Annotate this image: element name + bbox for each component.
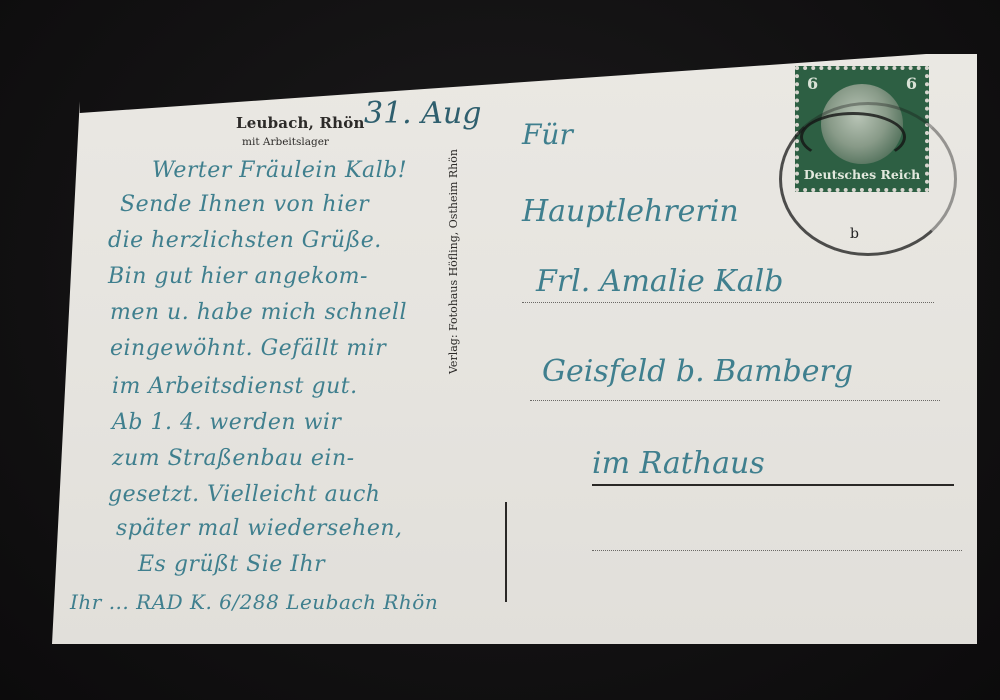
message-line: später mal wiedersehen, bbox=[116, 516, 403, 541]
message-line: die herzlichsten Grüße. bbox=[108, 228, 382, 253]
address-dotted-line bbox=[530, 400, 940, 401]
address-dotted-line bbox=[592, 550, 962, 551]
address-line: im Rathaus bbox=[592, 446, 765, 481]
message-line: Sende Ihnen von hier bbox=[120, 192, 369, 217]
address-line: Frl. Amalie Kalb bbox=[536, 264, 783, 299]
message-line: men u. habe mich schnell bbox=[110, 300, 407, 325]
address-line: Hauptlehrerin bbox=[522, 194, 739, 229]
printed-title: Leubach, Rhön bbox=[236, 114, 365, 132]
message-line: zum Straßenbau ein- bbox=[112, 446, 355, 471]
message-line: Ab 1. 4. werden wir bbox=[112, 410, 341, 435]
postcard: Leubach, Rhön mit Arbeitslager Verlag: F… bbox=[52, 54, 977, 644]
message-line: Werter Fräulein Kalb! bbox=[152, 158, 407, 183]
message-line: eingewöhnt. Gefällt mir bbox=[110, 336, 386, 361]
printed-subtitle: mit Arbeitslager bbox=[242, 136, 329, 148]
postmark-code: b bbox=[850, 226, 859, 242]
message-line: Bin gut hier angekom- bbox=[108, 264, 368, 289]
address-dotted-line bbox=[522, 302, 934, 303]
address-solid-line bbox=[592, 484, 954, 486]
message-line: Es grüßt Sie Ihr bbox=[138, 552, 325, 577]
signature-line: Ihr ... RAD K. 6/288 Leubach Rhön bbox=[70, 590, 438, 614]
address-line: Geisfeld b. Bamberg bbox=[542, 354, 853, 389]
center-divider-line bbox=[505, 502, 507, 602]
handwritten-date: 31. Aug bbox=[364, 96, 481, 131]
publisher-imprint: Verlag: Fotohaus Höfling, Ostheim Rhön bbox=[447, 149, 460, 374]
stamp-value: 6 bbox=[906, 74, 917, 93]
message-line: gesetzt. Vielleicht auch bbox=[108, 482, 380, 507]
postmark-cancel-icon bbox=[800, 112, 906, 162]
message-line: im Arbeitsdienst gut. bbox=[112, 374, 358, 399]
address-prefix: Für bbox=[522, 118, 573, 151]
stamp-value: 6 bbox=[807, 74, 818, 93]
